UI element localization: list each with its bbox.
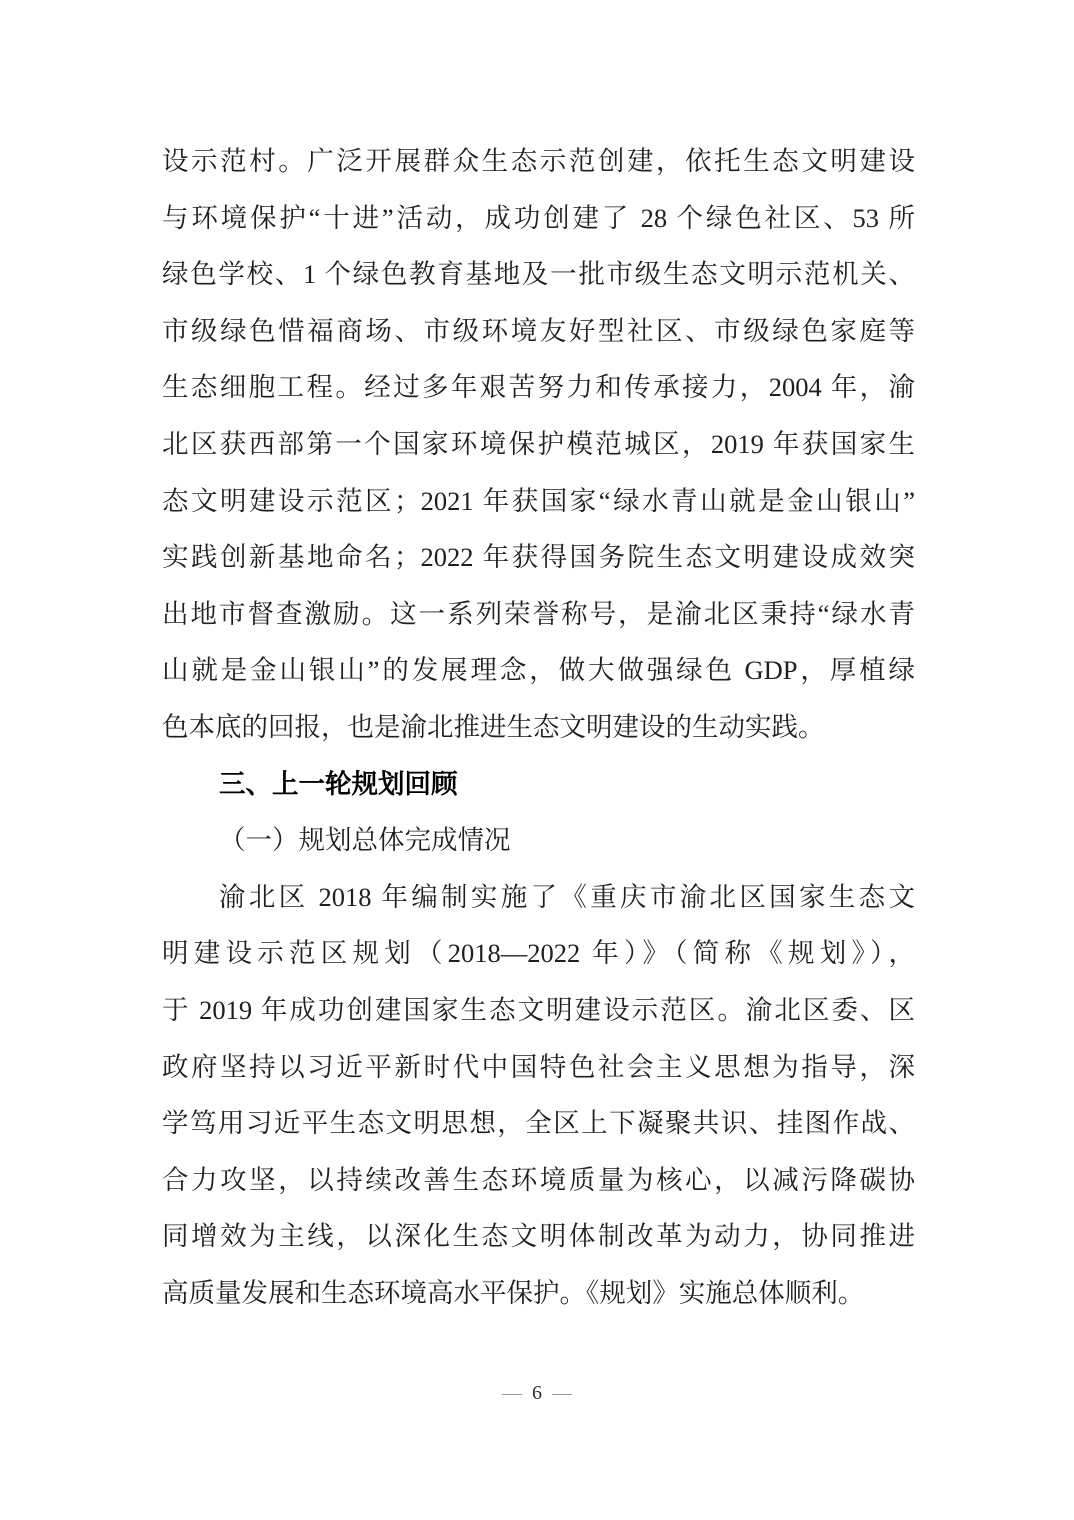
footer-dash-left: — bbox=[502, 1382, 522, 1404]
document-page: 设示范村。广泛开展群众生态示范创建，依托生态文明建设 与环境保护“十进”活动，成… bbox=[0, 0, 1074, 1520]
text-line: 明建设示范区规划（2018—2022 年）》（简称《规划》）， bbox=[162, 925, 915, 982]
text-line: 出地市督查激励。这一系列荣誉称号，是渝北区秉持“绿水青 bbox=[162, 586, 915, 643]
text-line: 实践创新基地命名；2022 年获得国务院生态文明建设成效突 bbox=[162, 529, 915, 586]
text-line: 合力攻坚，以持续改善生态环境质量为核心，以减污降碳协 bbox=[162, 1152, 915, 1209]
text-line: 态文明建设示范区；2021 年获国家“绿水青山就是金山银山” bbox=[162, 473, 915, 530]
text-line: 政府坚持以习近平新时代中国特色社会主义思想为指导，深 bbox=[162, 1039, 915, 1096]
footer-dash-right: — bbox=[552, 1382, 572, 1404]
text-line: 于 2019 年成功创建国家生态文明建设示范区。渝北区委、区 bbox=[162, 982, 915, 1039]
text-line: 学笃用习近平生态文明思想，全区上下凝聚共识、挂图作战、 bbox=[162, 1095, 915, 1152]
section-heading: 三、上一轮规划回顾 bbox=[162, 756, 915, 813]
text-line: 市级绿色惜福商场、市级环境友好型社区、市级绿色家庭等 bbox=[162, 303, 915, 360]
text-line: 山就是金山银山”的发展理念，做大做强绿色 GDP，厚植绿 bbox=[162, 642, 915, 699]
text-line: 绿色学校、1 个绿色教育基地及一批市级生态文明示范机关、 bbox=[162, 246, 915, 303]
text-line: 生态细胞工程。经过多年艰苦努力和传承接力，2004 年，渝 bbox=[162, 359, 915, 416]
text-line: 色本底的回报，也是渝北推进生态文明建设的生动实践。 bbox=[162, 699, 915, 756]
page-number: 6 bbox=[532, 1378, 542, 1408]
subsection-heading: （一）规划总体完成情况 bbox=[162, 812, 915, 869]
text-line: 设示范村。广泛开展群众生态示范创建，依托生态文明建设 bbox=[162, 133, 915, 190]
text-line: 高质量发展和生态环境高水平保护。《规划》实施总体顺利。 bbox=[162, 1265, 915, 1322]
page-body-text: 设示范村。广泛开展群众生态示范创建，依托生态文明建设 与环境保护“十进”活动，成… bbox=[162, 133, 915, 1321]
text-line: 北区获西部第一个国家环境保护模范城区，2019 年获国家生 bbox=[162, 416, 915, 473]
text-line: 同增效为主线，以深化生态文明体制改革为动力，协同推进 bbox=[162, 1208, 915, 1265]
text-line: 与环境保护“十进”活动，成功创建了 28 个绿色社区、53 所 bbox=[162, 190, 915, 247]
text-line: 渝北区 2018 年编制实施了《重庆市渝北区国家生态文 bbox=[162, 869, 915, 926]
page-footer: —6— bbox=[0, 1378, 1074, 1408]
